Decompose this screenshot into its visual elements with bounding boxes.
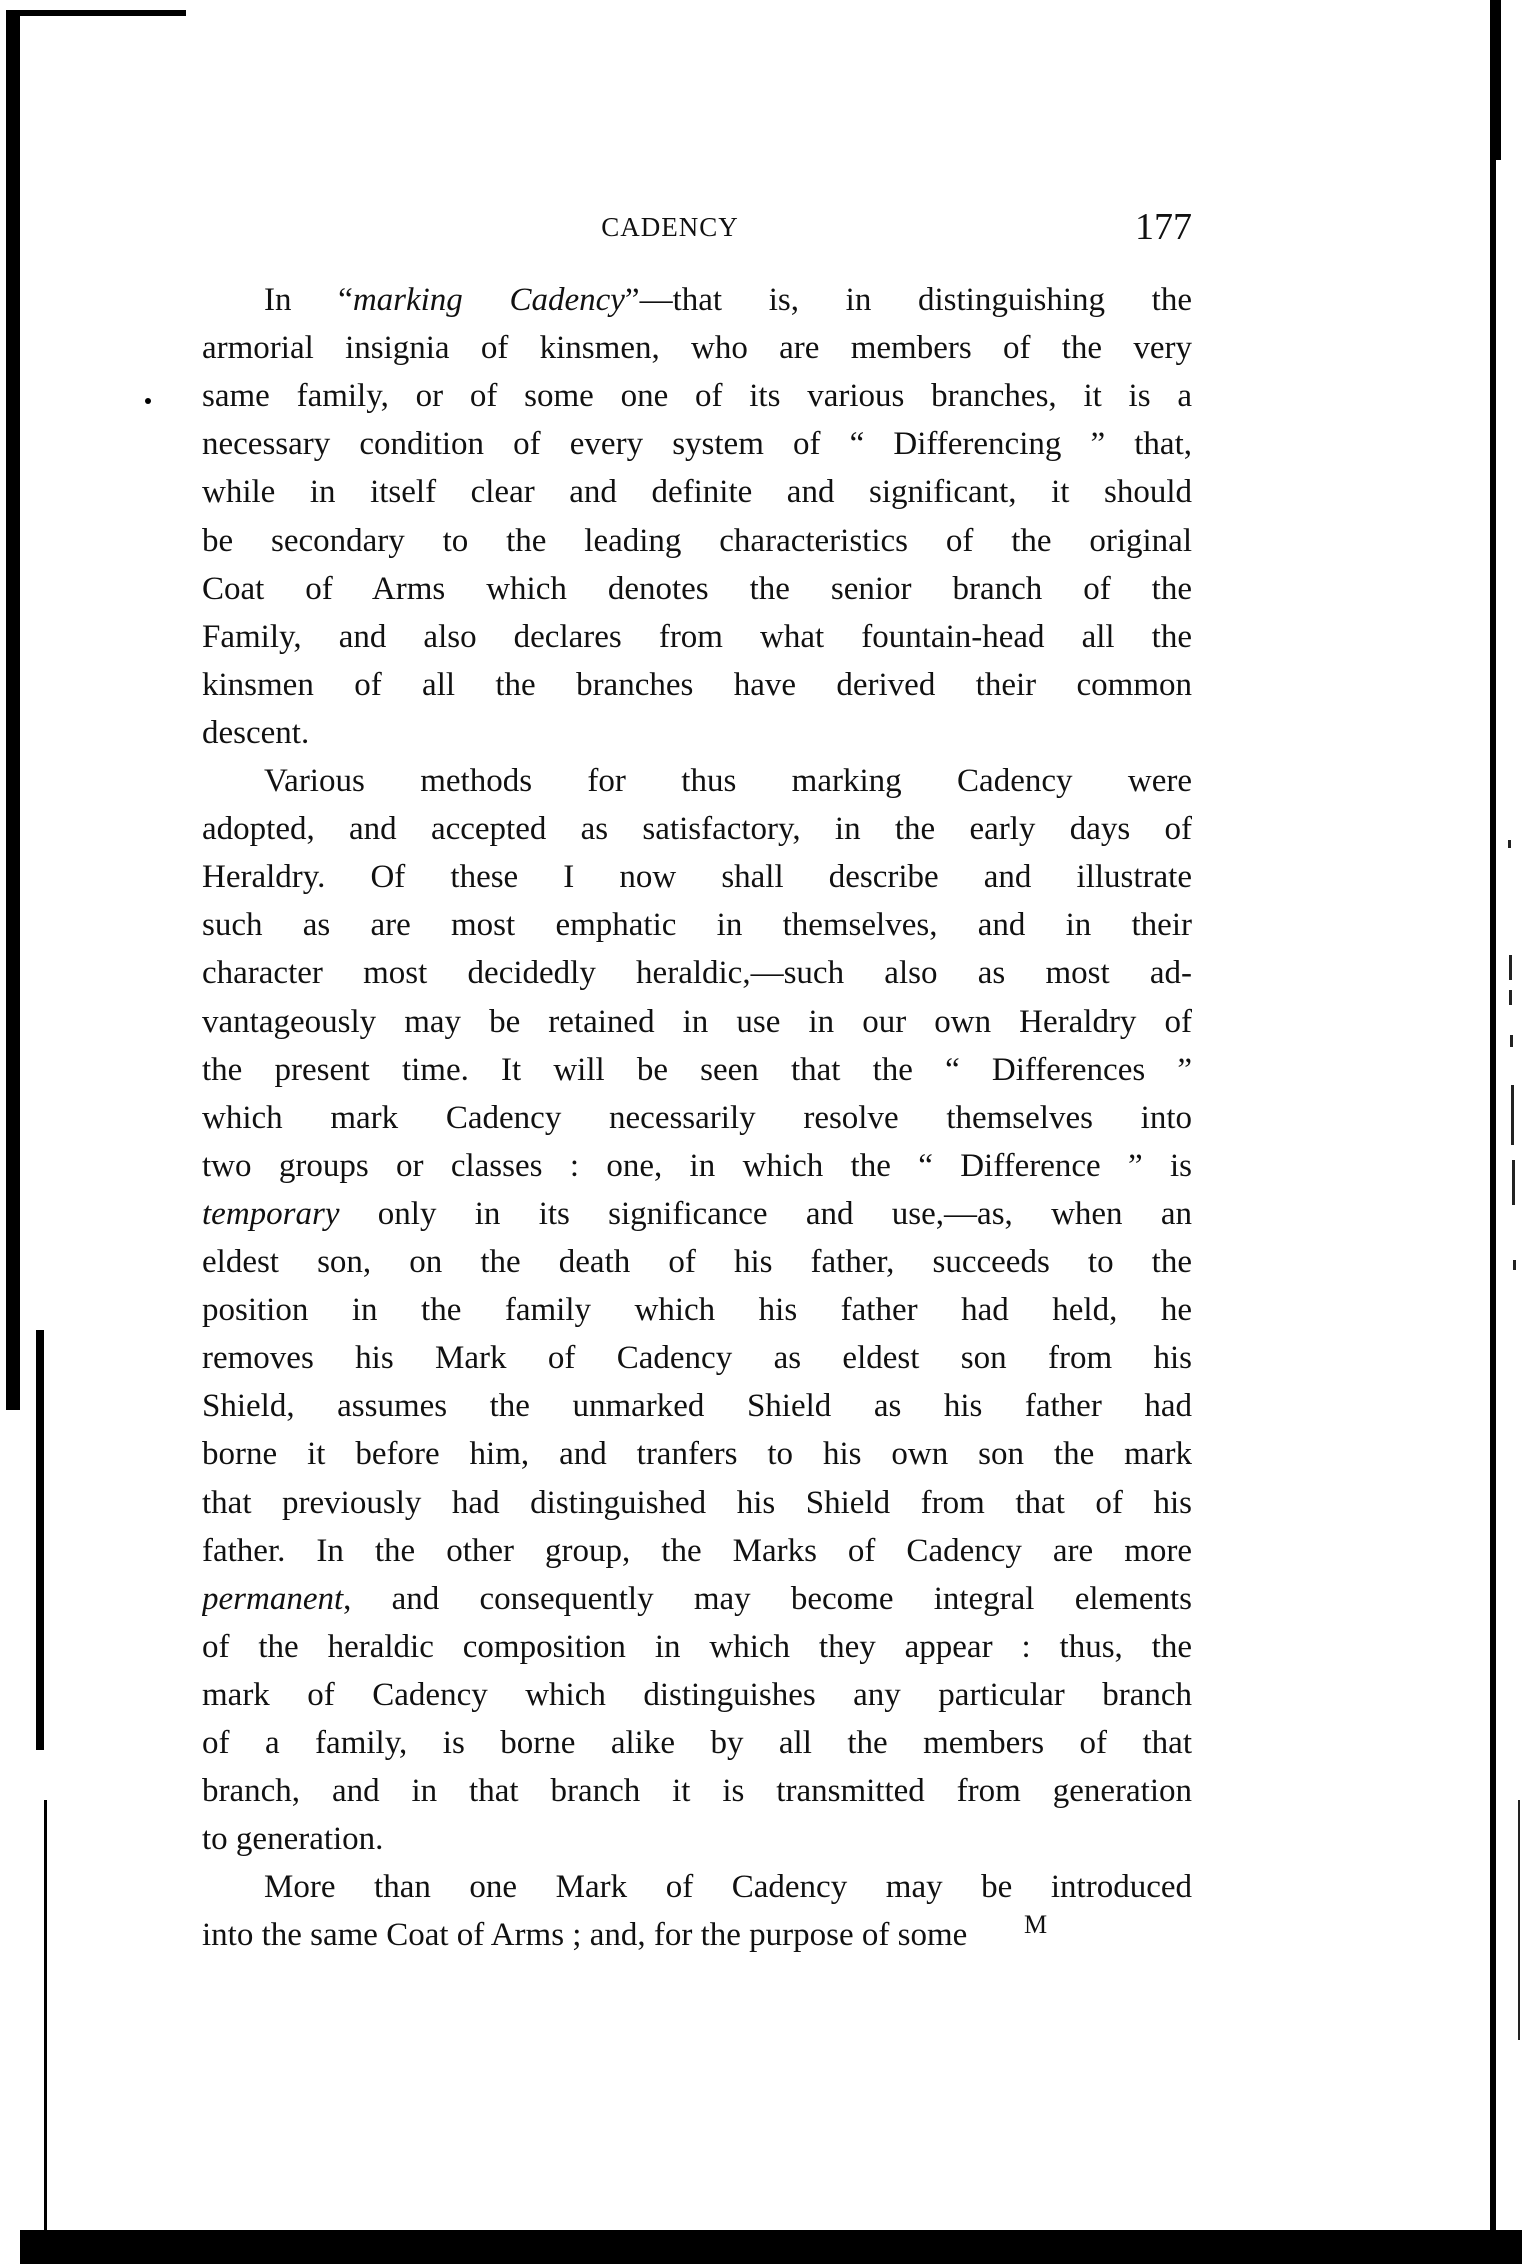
- text-line: Shield, assumes the unmarked Shield as h…: [202, 1383, 1192, 1429]
- text-line: More than one Mark of Cadency may be int…: [264, 1864, 1192, 1910]
- text-run: only in its significance and use,—as, wh…: [339, 1196, 1192, 1232]
- scan-border-right-top: [1496, 0, 1501, 160]
- text-line: Heraldry. Of these I now shall describe …: [202, 854, 1192, 900]
- scan-border-left-bottom: [44, 1800, 47, 2240]
- text-line: removes his Mark of Cadency as eldest so…: [202, 1335, 1192, 1381]
- margin-mark: [1518, 1800, 1520, 2040]
- margin-mark: [1513, 1260, 1516, 1270]
- text-line: borne it before him, and tranfers to his…: [202, 1431, 1192, 1477]
- margin-mark: [1509, 990, 1512, 1005]
- text-line: Family, and also declares from what foun…: [202, 614, 1192, 660]
- text-line: mark of Cadency which distinguishes any …: [202, 1672, 1192, 1718]
- page-number: 177: [1120, 205, 1192, 249]
- book-page: CADENCY 177 In “marking Cadency”—that is…: [0, 0, 1522, 2264]
- margin-mark: [1512, 1160, 1515, 1205]
- text-line: adopted, and accepted as satisfactory, i…: [202, 806, 1192, 852]
- text-line: temporary only in its significance and u…: [202, 1191, 1192, 1237]
- text-line: such as are most emphatic in themselves,…: [202, 902, 1192, 948]
- text-line: kinsmen of all the branches have derived…: [202, 662, 1192, 708]
- text-line: which mark Cadency necessarily resolve t…: [202, 1095, 1192, 1141]
- text-run: ”—that is, in distinguishing the: [625, 282, 1192, 318]
- text-line: be secondary to the leading characterist…: [202, 518, 1192, 564]
- text-line: that previously had distinguished his Sh…: [202, 1480, 1192, 1526]
- italic-run: marking Cadency: [353, 282, 625, 318]
- text-run: , and consequently may become integral e…: [343, 1581, 1192, 1617]
- text-line: descent.: [202, 710, 1192, 756]
- text-line: armorial insignia of kinsmen, who are me…: [202, 325, 1192, 371]
- text-line: of the heraldic composition in which the…: [202, 1624, 1192, 1670]
- text-line: to generation.: [202, 1816, 1192, 1862]
- margin-mark: [1509, 955, 1512, 980]
- text-line: Coat of Arms which denotes the senior br…: [202, 566, 1192, 612]
- text-line: two groups or classes : one, in which th…: [202, 1143, 1192, 1189]
- text-line: father. In the other group, the Marks of…: [202, 1528, 1192, 1574]
- text-line: character most decidedly heraldic,—such …: [202, 950, 1192, 996]
- text-run: In “: [264, 282, 353, 318]
- stray-dot: [145, 398, 151, 404]
- text-line: vantageously may be retained in use in o…: [202, 999, 1192, 1045]
- text-line: In “marking Cadency”—that is, in disting…: [264, 277, 1192, 323]
- margin-mark: [1510, 1035, 1513, 1047]
- scan-border-bottom: [20, 2230, 1522, 2264]
- scan-border-left-lower: [36, 1330, 44, 1750]
- scan-border-right: [1490, 0, 1496, 2235]
- text-line: position in the family which his father …: [202, 1287, 1192, 1333]
- text-line: Various methods for thus marking Cadency…: [264, 758, 1192, 804]
- margin-mark: [1508, 840, 1511, 848]
- text-line: of a family, is borne alike by all the m…: [202, 1720, 1192, 1766]
- margin-mark: [1511, 1085, 1514, 1145]
- text-line: the present time. It will be seen that t…: [202, 1047, 1192, 1093]
- italic-run: temporary: [202, 1196, 339, 1232]
- scan-border-top: [6, 10, 186, 16]
- scan-border-left: [6, 10, 20, 1410]
- text-line: permanent, and consequently may become i…: [202, 1576, 1192, 1622]
- text-line: while in itself clear and definite and s…: [202, 469, 1192, 515]
- text-line: necessary condition of every system of “…: [202, 421, 1192, 467]
- text-line: same family, or of some one of its vario…: [202, 373, 1192, 419]
- italic-run: permanent: [202, 1581, 343, 1617]
- text-line: branch, and in that branch it is transmi…: [202, 1768, 1192, 1814]
- text-line: eldest son, on the death of his father, …: [202, 1239, 1192, 1285]
- running-head: CADENCY: [545, 212, 795, 243]
- signature-mark: M: [1024, 1910, 1047, 1940]
